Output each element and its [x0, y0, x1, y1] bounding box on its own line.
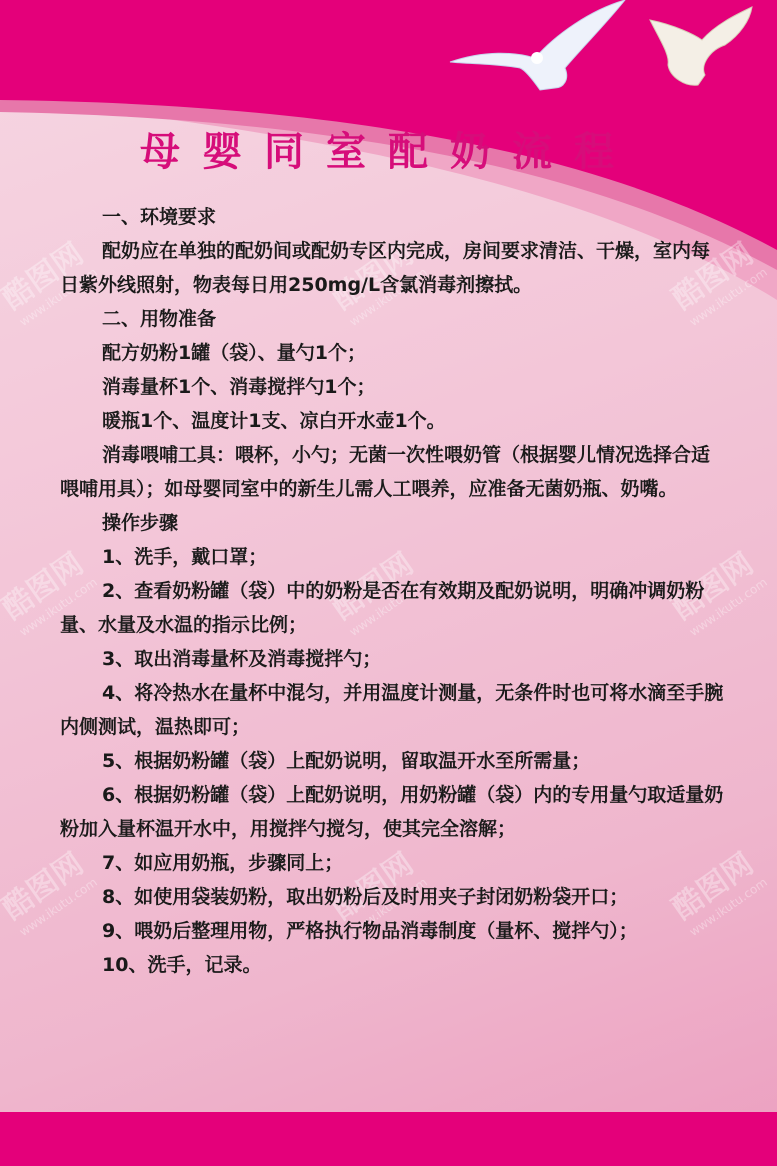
step-item: 4、将冷热水在量杯中混匀，并用温度计测量，无条件时也可将水滴至手腕内侧测试，温热… — [60, 676, 725, 744]
step-item: 3、取出消毒量杯及消毒搅拌勺； — [60, 642, 725, 676]
paragraph: 消毒喂哺工具：喂杯，小勺；无菌一次性喂奶管（根据婴儿情况选择合适喂哺用具）；如母… — [60, 438, 725, 506]
step-item: 1、洗手，戴口罩； — [60, 540, 725, 574]
list-item: 消毒量杯1个、消毒搅拌勺1个； — [60, 370, 725, 404]
list-item: 暖瓶1个、温度计1支、凉白开水壶1个。 — [60, 404, 725, 438]
dove-icon — [445, 0, 630, 95]
section-heading: 操作步骤 — [60, 506, 725, 540]
content-body: 一、环境要求 配奶应在单独的配奶间或配奶专区内完成，房间要求清洁、干燥，室内每日… — [60, 200, 725, 982]
section-heading: 二、用物准备 — [60, 302, 725, 336]
step-item: 9、喂奶后整理用物，严格执行物品消毒制度（量杯、搅拌勺）； — [60, 914, 725, 948]
dove-icon — [640, 5, 755, 90]
list-item: 配方奶粉1罐（袋）、量勺1个； — [60, 336, 725, 370]
step-item: 6、根据奶粉罐（袋）上配奶说明，用奶粉罐（袋）内的专用量勺取适量奶粉加入量杯温开… — [60, 778, 725, 846]
step-item: 2、查看奶粉罐（袋）中的奶粉是否在有效期及配奶说明，明确冲调奶粉量、水量及水温的… — [60, 574, 725, 642]
footer-band — [0, 1112, 777, 1166]
step-item: 8、如使用袋装奶粉，取出奶粉后及时用夹子封闭奶粉袋开口； — [60, 880, 725, 914]
poster-title: 母婴同室配奶流程 — [140, 120, 636, 177]
paragraph: 配奶应在单独的配奶间或配奶专区内完成，房间要求清洁、干燥，室内每日紫外线照射，物… — [60, 234, 725, 302]
step-item: 10、洗手，记录。 — [60, 948, 725, 982]
step-item: 5、根据奶粉罐（袋）上配奶说明，留取温开水至所需量； — [60, 744, 725, 778]
poster: 酷图网www.ikutu.com 酷图网www.ikutu.com 酷图网www… — [0, 0, 777, 1166]
section-heading: 一、环境要求 — [60, 200, 725, 234]
step-item: 7、如应用奶瓶，步骤同上； — [60, 846, 725, 880]
